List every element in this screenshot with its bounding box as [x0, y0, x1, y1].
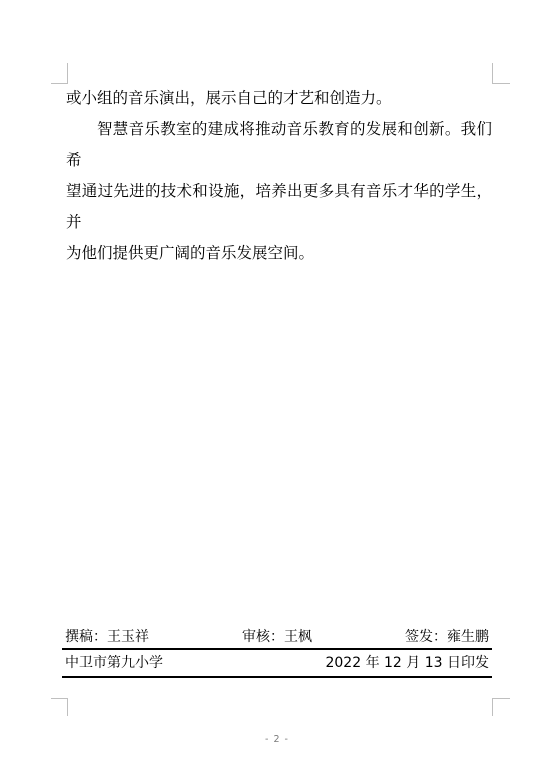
colophon-block: 撰稿：王玉祥 审核：王枫 签发：雍生鹏 中卫市第九小学 2022 年 12 月 … — [62, 627, 492, 678]
crop-mark-bottom-left-icon — [51, 698, 68, 716]
body-text: 或小组的音乐演出，展示自己的才艺和创造力。 智慧音乐教室的建成将推动音乐教育的发… — [66, 83, 492, 269]
drafter-label: 撰稿：王玉祥 — [65, 627, 149, 648]
issuer-label: 签发：雍生鹏 — [405, 627, 489, 648]
page-number: - 2 - — [0, 734, 554, 745]
paragraph-line: 为他们提供更广阔的音乐发展空间。 — [66, 238, 492, 269]
document-page: 或小组的音乐演出，展示自己的才艺和创造力。 智慧音乐教室的建成将推动音乐教育的发… — [0, 0, 554, 774]
print-date: 2022 年 12 月 13 日印发 — [325, 650, 489, 676]
reviewer-label: 审核：王枫 — [242, 627, 312, 648]
paragraph-line: 望通过先进的技术和设施，培养出更多具有音乐才华的学生，并 — [66, 176, 492, 238]
organization-name: 中卫市第九小学 — [65, 650, 163, 676]
crop-mark-bottom-right-icon — [492, 698, 510, 716]
crop-mark-top-left-icon — [51, 63, 68, 84]
colophon-credits-row: 撰稿：王玉祥 审核：王枫 签发：雍生鹏 — [62, 627, 492, 650]
paragraph-line: 智慧音乐教室的建成将推动音乐教育的发展和创新。我们希 — [66, 114, 492, 176]
colophon-issue-row: 中卫市第九小学 2022 年 12 月 13 日印发 — [62, 650, 492, 678]
paragraph-continuation-line: 或小组的音乐演出，展示自己的才艺和创造力。 — [66, 83, 492, 114]
crop-mark-top-right-icon — [492, 63, 510, 84]
